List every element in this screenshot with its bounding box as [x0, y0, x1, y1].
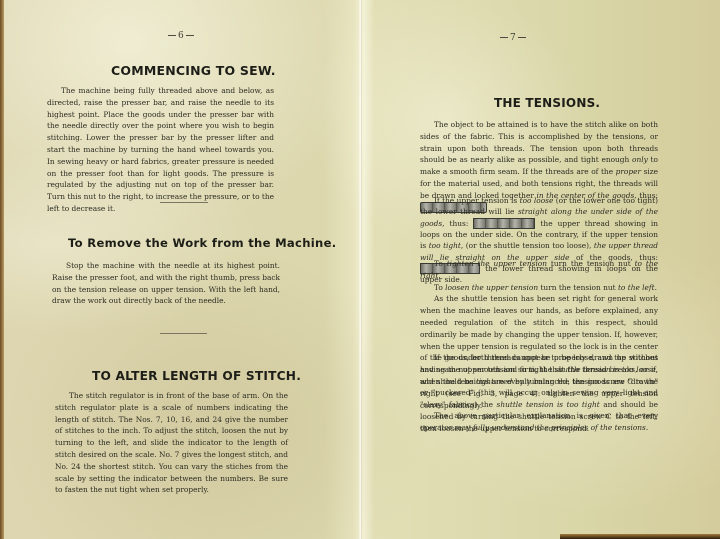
text: If the upper tension is [434, 196, 520, 205]
page-number: 6 [166, 31, 196, 41]
text: , thus: [442, 219, 468, 228]
text: To [434, 259, 447, 268]
text: The object to be attained is to have the… [420, 120, 658, 164]
text: To [434, 283, 445, 292]
paragraph-text: The machine being fully threaded above a… [47, 86, 274, 213]
text: turn the tension nut [547, 259, 635, 268]
stitch-lower-straight-figure [473, 218, 535, 229]
right-page: 7 THE TENSIONS. The object to be attaine… [362, 0, 720, 539]
text-italic: proper [616, 167, 641, 176]
section-heading-tensions: THE TENSIONS. [494, 96, 600, 110]
text-italic: tighten the upper tension [447, 259, 547, 268]
text-italic: too tight [429, 241, 461, 250]
section-body-commencing: The machine being fully threaded above a… [47, 85, 274, 215]
booklet-spread: 6 COMMENCING TO SEW. The machine being f… [0, 0, 720, 539]
text-italic: fully understand the principles of the t… [473, 423, 648, 432]
left-page: 6 COMMENCING TO SEW. The machine being f… [0, 0, 360, 539]
page-number-text: 7 [510, 33, 516, 43]
text-italic: only [632, 155, 648, 164]
section-heading-commencing: COMMENCING TO SEW. [111, 63, 276, 78]
tensions-paragraph-5: The above particular explanation is give… [420, 410, 658, 434]
text-italic: loosen the upper tension [445, 283, 538, 292]
section-divider [160, 333, 207, 334]
section-body-remove-work: Stop the machine with the needle at its … [52, 260, 280, 307]
text-italic: shuttle tension is too tight [497, 400, 600, 409]
text-italic: to the left. [618, 283, 657, 292]
text-italic: too loose [520, 196, 554, 205]
paragraph-text: The stitch regulator is in front of the … [55, 391, 288, 494]
page-number: 7 [498, 33, 528, 43]
section-heading-alter-stitch: TO ALTER LENGTH OF STITCH. [92, 369, 301, 383]
section-heading-remove-work: To Remove the Work from the Machine. [68, 236, 336, 250]
text: , (or the shuttle tension too loose), [461, 241, 594, 250]
paragraph-text: Stop the machine with the needle at its … [52, 261, 280, 305]
page-number-text: 6 [178, 31, 184, 41]
section-body-alter-stitch: The stitch regulator is in front of the … [55, 390, 288, 496]
text: turn the tension nut [538, 283, 618, 292]
section-divider [160, 202, 208, 203]
